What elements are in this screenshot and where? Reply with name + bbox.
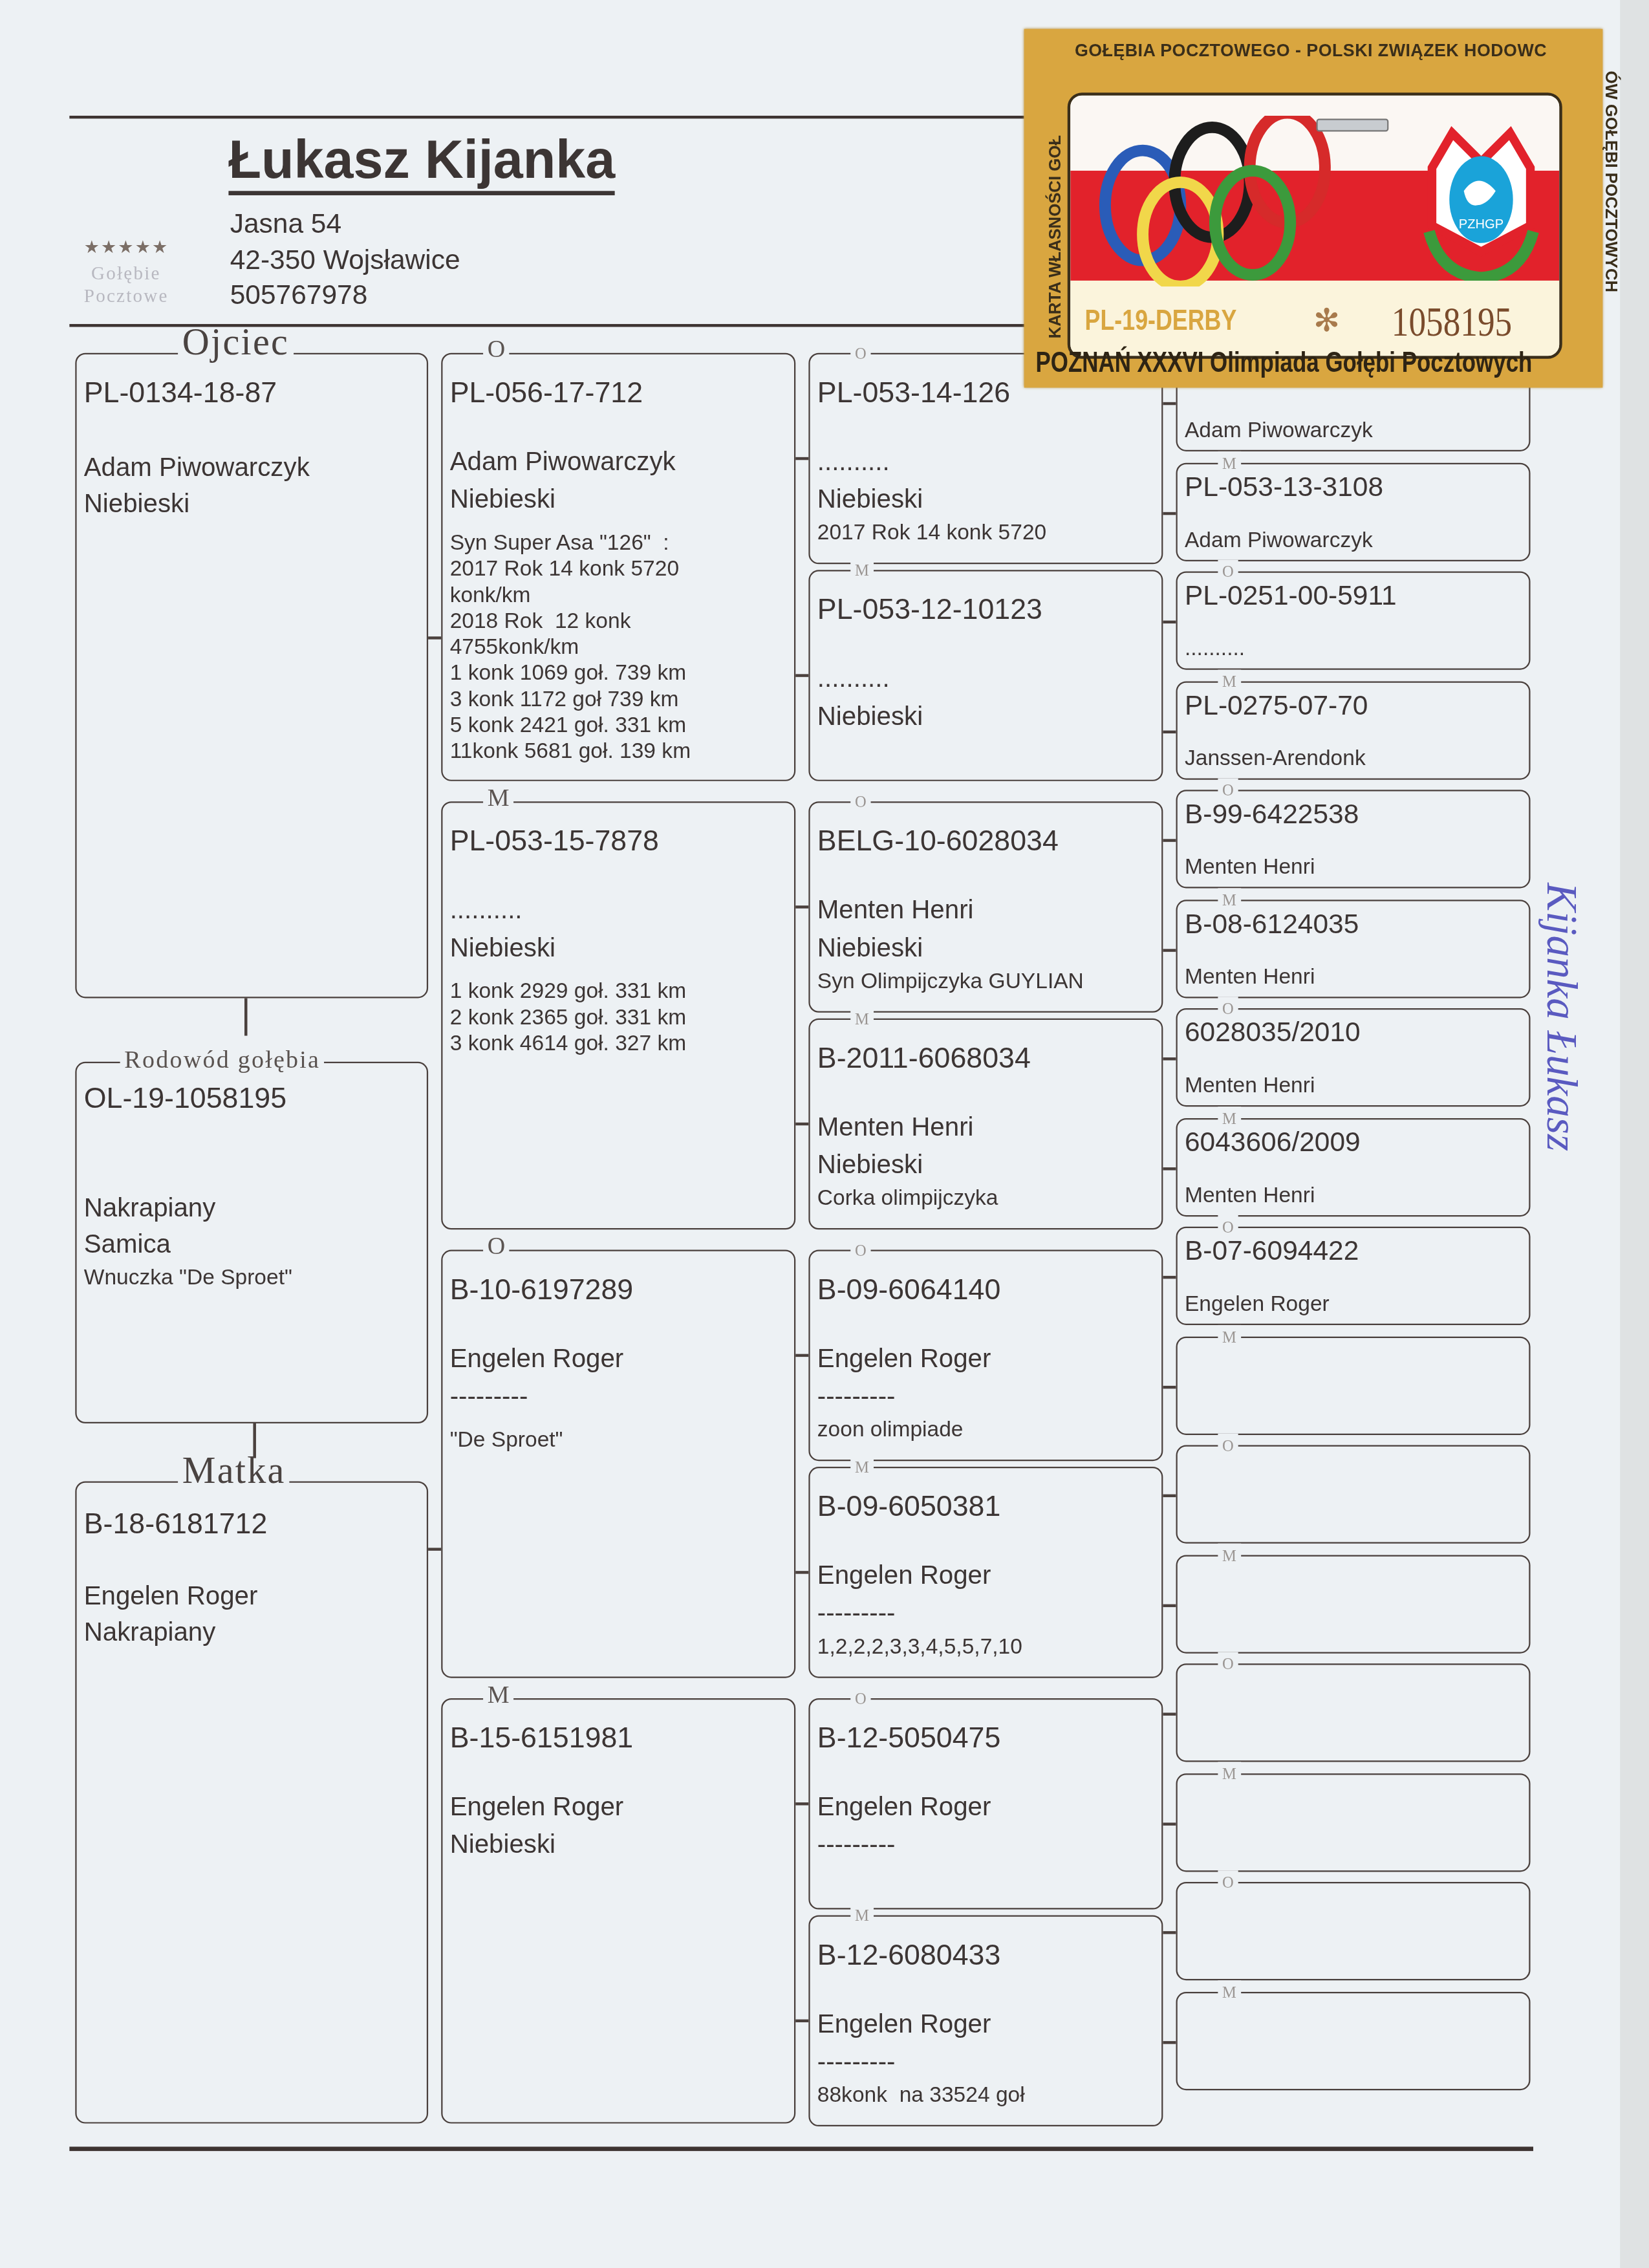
subject-note: Wnuczka "De Sproet" <box>84 1266 292 1291</box>
connector <box>795 1354 808 1357</box>
great-grandparent-breeder: .......... <box>817 447 890 477</box>
great-grandparent-box: MB-09-6050381Engelen Roger---------1,2,2… <box>808 1467 1163 1678</box>
gen4-breeder: Janssen-Arendonk <box>1185 746 1366 770</box>
connector <box>428 636 441 639</box>
gen4-box: M <box>1176 1773 1531 1871</box>
great-grandparent-ring: B-09-6064140 <box>817 1275 1001 1308</box>
great-grandparent-note: Corka olimpijczyka <box>817 1186 998 1212</box>
gen4-box: OB-99-6422538Menten Henri <box>1176 790 1531 888</box>
mother-box: MatkaB-18-6181712Engelen RogerNakrapiany <box>75 1481 428 2123</box>
olympic-rings-icon <box>1085 116 1389 286</box>
great-grandparent-color: Niebieski <box>817 1150 923 1180</box>
grandparent-color: Niebieski <box>450 1830 555 1861</box>
parent-label: M <box>483 786 513 812</box>
grandparent-box: OPL-056-17-712Adam PiwowarczykNiebieskiS… <box>441 353 795 781</box>
great-grandparent-color: --------- <box>817 1381 896 1412</box>
subject-color: Nakrapiany <box>84 1193 216 1224</box>
connector <box>795 1802 808 1805</box>
gen4-breeder: Adam Piwowarczyk <box>1185 418 1373 442</box>
parent-label: M <box>850 558 873 584</box>
parent-label: M <box>1218 1980 1240 2005</box>
gen4-ring: PL-0275-07-70 <box>1185 691 1368 722</box>
grandparent-ring: B-10-6197289 <box>450 1275 634 1308</box>
watermark-line1: Gołębie <box>91 262 161 285</box>
great-grandparent-color: --------- <box>817 1599 896 1629</box>
parent-label: O <box>483 1234 510 1260</box>
parent-label: M <box>483 1682 513 1708</box>
grandparent-ring: B-15-6151981 <box>450 1723 634 1756</box>
gen4-breeder: Menten Henri <box>1185 855 1315 880</box>
parent-label: M <box>850 1455 873 1481</box>
svg-text:Kijanka Łukasz: Kijanka Łukasz <box>1538 882 1586 1151</box>
card-left-text: KARTA WŁASNOŚCI GOŁ <box>1047 107 1064 339</box>
connector <box>244 998 247 1035</box>
subject-sex: Samica <box>84 1229 171 1260</box>
connector <box>1163 2040 1176 2043</box>
connector <box>1163 1057 1176 1060</box>
card-number: 1058195 <box>1392 301 1512 347</box>
connector <box>1163 512 1176 514</box>
great-grandparent-box: MPL-053-12-10123..........Niebieski <box>808 570 1163 781</box>
connector <box>428 1548 441 1550</box>
gen4-box: O <box>1176 1882 1531 1980</box>
great-grandparent-color: Niebieski <box>817 484 923 515</box>
connector <box>795 1571 808 1573</box>
staple-icon <box>1316 118 1388 131</box>
pzhgp-emblem-icon: PZHGP <box>1417 124 1545 281</box>
gen4-box: O6028035/2010Menten Henri <box>1176 1008 1531 1107</box>
great-grandparent-breeder: Menten Henri <box>817 1112 974 1143</box>
great-grandparent-note: zoon olimpiade <box>817 1418 964 1443</box>
great-grandparent-box: MB-12-6080433Engelen Roger---------88kon… <box>808 1916 1163 2127</box>
connector <box>1163 1712 1176 1715</box>
parent-label: O <box>1218 1870 1238 1896</box>
grandparent-breeder: Engelen Roger <box>450 1792 624 1822</box>
connector <box>1163 621 1176 623</box>
signature: Kijanka Łukasz <box>1533 882 1591 1316</box>
mother-color: Nakrapiany <box>84 1617 216 1648</box>
connector <box>795 457 808 460</box>
gen4-ring: B-99-6422538 <box>1185 800 1359 832</box>
gen4-breeder: .......... <box>1185 636 1245 661</box>
grandparent-ring: PL-053-15-7878 <box>450 826 659 859</box>
gen4-box: MPL-0275-07-70Janssen-Arendonk <box>1176 680 1531 779</box>
connector <box>1163 1385 1176 1388</box>
card-bottom-text: POZNAŃ XXXVI Olimpiada Gołębi Pocztowych <box>1036 347 1533 380</box>
great-grandparent-note: 1,2,2,2,3,3,4,5,5,7,10 <box>817 1635 1022 1661</box>
gen4-box: OB-07-6094422Engelen Roger <box>1176 1227 1531 1325</box>
father-label: Ojciec <box>178 330 294 356</box>
great-grandparent-color: --------- <box>817 2047 896 2077</box>
great-grandparent-ring: B-09-6050381 <box>817 1491 1001 1524</box>
great-grandparent-ring: B-12-6080433 <box>817 1940 1001 1973</box>
father-ring: PL-0134-18-87 <box>84 378 277 411</box>
subject-label: Rodowód gołębia <box>120 1047 325 1073</box>
gen4-breeder: Menten Henri <box>1185 1183 1315 1207</box>
mother-breeder: Engelen Roger <box>84 1581 258 1612</box>
mother-ring: B-18-6181712 <box>84 1509 268 1542</box>
great-grandparent-box: OBELG-10-6028034Menten HenriNiebieskiSyn… <box>808 801 1163 1013</box>
gen4-ring: 6043606/2009 <box>1185 1128 1361 1160</box>
gen4-box: OPL-0251-00-5911.......... <box>1176 572 1531 670</box>
parent-label: O <box>1218 1652 1238 1678</box>
parent-label: M <box>850 1007 873 1033</box>
gen4-breeder: Adam Piwowarczyk <box>1185 527 1373 552</box>
gen4-ring: B-07-6094422 <box>1185 1237 1359 1268</box>
great-grandparent-breeder: Menten Henri <box>817 896 974 926</box>
grandparent-note: 1 konk 2929 goł. 331 km 2 konk 2365 goł.… <box>450 979 687 1057</box>
ownership-card: GOŁĘBIA POCZTOWEGO - POLSKI ZWIĄZEK HODO… <box>1024 29 1603 388</box>
great-grandparent-ring: BELG-10-6028034 <box>817 826 1059 859</box>
connector <box>1163 402 1176 405</box>
gen4-box: MPL-053-13-3108Adam Piwowarczyk <box>1176 462 1531 561</box>
connector <box>795 674 808 676</box>
subject-box: Rodowód gołębiaOL-19-1058195NakrapianySa… <box>75 1062 428 1423</box>
grandparent-color: Niebieski <box>450 933 555 964</box>
grandparent-breeder: Engelen Roger <box>450 1344 624 1374</box>
grandparent-ring: PL-056-17-712 <box>450 378 643 411</box>
owner-name: Łukasz Kijanka <box>228 133 615 195</box>
grandparent-box: MB-15-6151981Engelen RogerNiebieski <box>441 1698 795 2124</box>
parent-label: O <box>850 1687 870 1712</box>
card-panel: PZHGP PL-19-DERBY ✻ 1058195 <box>1068 92 1562 359</box>
gen4-box: M <box>1176 1554 1531 1652</box>
connector <box>795 2020 808 2022</box>
connector <box>1163 1931 1176 1934</box>
parent-label: O <box>850 1238 870 1264</box>
connector <box>1163 729 1176 732</box>
gen4-box: O <box>1176 1445 1531 1544</box>
mother-label: Matka <box>178 1458 290 1484</box>
owner-city: 42-350 Wojsławice <box>230 246 460 277</box>
father-box: OjciecPL-0134-18-87Adam PiwowarczykNiebi… <box>75 353 428 999</box>
great-grandparent-box: OB-12-5050475Engelen Roger--------- <box>808 1698 1163 1910</box>
gen4-ring: B-08-6124035 <box>1185 909 1359 941</box>
parent-label: O <box>1218 1434 1238 1460</box>
card-right-text: ÓW GOŁĘBI POCZTOWYCH <box>1601 71 1619 346</box>
owner-phone: 505767978 <box>230 281 368 312</box>
card-top-text: GOŁĘBIA POCZTOWEGO - POLSKI ZWIĄZEK HODO… <box>1075 41 1547 61</box>
card-derby: PL-19-DERBY <box>1085 305 1237 338</box>
parent-label: O <box>850 341 870 367</box>
grandparent-box: MPL-053-15-7878..........Niebieski1 konk… <box>441 801 795 1229</box>
great-grandparent-box: MB-2011-6068034Menten HenriNiebieskiCork… <box>808 1019 1163 1230</box>
connector <box>1163 1822 1176 1824</box>
svg-text:PZHGP: PZHGP <box>1459 217 1503 232</box>
great-grandparent-ring: B-2011-6068034 <box>817 1043 1031 1076</box>
owner-street: Jasna 54 <box>230 210 342 241</box>
gen4-box: M <box>1176 1991 1531 2090</box>
connector <box>1163 1495 1176 1497</box>
gen4-ring: PL-053-13-3108 <box>1185 472 1383 504</box>
great-grandparent-breeder: Engelen Roger <box>817 2009 991 2040</box>
gen4-box: MB-08-6124035Menten Henri <box>1176 899 1531 997</box>
grandparent-note: "De Sproet" <box>450 1428 563 1454</box>
great-grandparent-breeder: Engelen Roger <box>817 1792 991 1822</box>
connector <box>1163 1167 1176 1169</box>
top-rule <box>69 116 1024 118</box>
parent-label: O <box>850 790 870 815</box>
gen4-box: O <box>1176 1663 1531 1762</box>
gen4-ring: 6028035/2010 <box>1185 1019 1361 1050</box>
subject-ring: OL-19-1058195 <box>84 1083 286 1116</box>
gen4-ring: PL-0251-00-5911 <box>1185 581 1397 613</box>
connector <box>1163 948 1176 951</box>
great-grandparent-box: OB-09-6064140Engelen Roger---------zoon … <box>808 1250 1163 1462</box>
great-grandparent-ring: PL-053-12-10123 <box>817 594 1042 627</box>
grandparent-note: Syn Super Asa "126" : 2017 Rok 14 konk 5… <box>450 531 691 765</box>
gen4-breeder: Menten Henri <box>1185 1074 1315 1098</box>
great-grandparent-note: 88konk na 33524 goł <box>817 2083 1025 2109</box>
connector <box>1163 1276 1176 1279</box>
parent-label: M <box>1218 1324 1240 1350</box>
great-grandparent-breeder: Engelen Roger <box>817 1561 991 1592</box>
great-grandparent-ring: B-12-5050475 <box>817 1723 1001 1756</box>
parent-label: M <box>1218 1761 1240 1787</box>
connector <box>1163 1603 1176 1606</box>
parent-label: O <box>483 337 510 363</box>
grandparent-breeder: Adam Piwowarczyk <box>450 447 676 477</box>
great-grandparent-note: Syn Olimpijczyka GUYLIAN <box>817 969 1084 995</box>
connector <box>1163 839 1176 841</box>
gen4-box: M <box>1176 1336 1531 1434</box>
parent-label: M <box>850 1904 873 1930</box>
great-grandparent-color: Niebieski <box>817 702 923 732</box>
connector <box>795 1123 808 1125</box>
scan-edge <box>1620 0 1649 2267</box>
great-grandparent-breeder: Engelen Roger <box>817 1344 991 1374</box>
gen4-breeder: Engelen Roger <box>1185 1291 1330 1316</box>
grandparent-color: Niebieski <box>450 484 555 515</box>
parent-label: M <box>1218 1543 1240 1569</box>
great-grandparent-breeder: .......... <box>817 664 890 695</box>
grandparent-color: --------- <box>450 1381 528 1412</box>
great-grandparent-color: Niebieski <box>817 933 923 964</box>
father-breeder: Adam Piwowarczyk <box>84 453 310 483</box>
great-grandparent-ring: PL-053-14-126 <box>817 378 1010 411</box>
watermark-stars-icon: ★★★★★ <box>84 237 169 259</box>
great-grandparent-color: --------- <box>817 1830 896 1861</box>
gen4-box: M6043606/2009Menten Henri <box>1176 1118 1531 1216</box>
great-grandparent-note: 2017 Rok 14 konk 5720 <box>817 521 1046 546</box>
gen4-breeder: Menten Henri <box>1185 964 1315 989</box>
grandparent-box: OB-10-6197289Engelen Roger---------"De S… <box>441 1250 795 1678</box>
snowflake-icon: ✻ <box>1313 302 1340 340</box>
pedigree-page: Łukasz Kijanka Jasna 54 42-350 Wojsławic… <box>0 0 1649 2267</box>
watermark-line2: Pocztowe <box>84 285 169 308</box>
father-color: Niebieski <box>84 489 189 519</box>
connector <box>795 905 808 908</box>
grandparent-breeder: .......... <box>450 896 523 926</box>
bottom-rule <box>69 2146 1533 2151</box>
